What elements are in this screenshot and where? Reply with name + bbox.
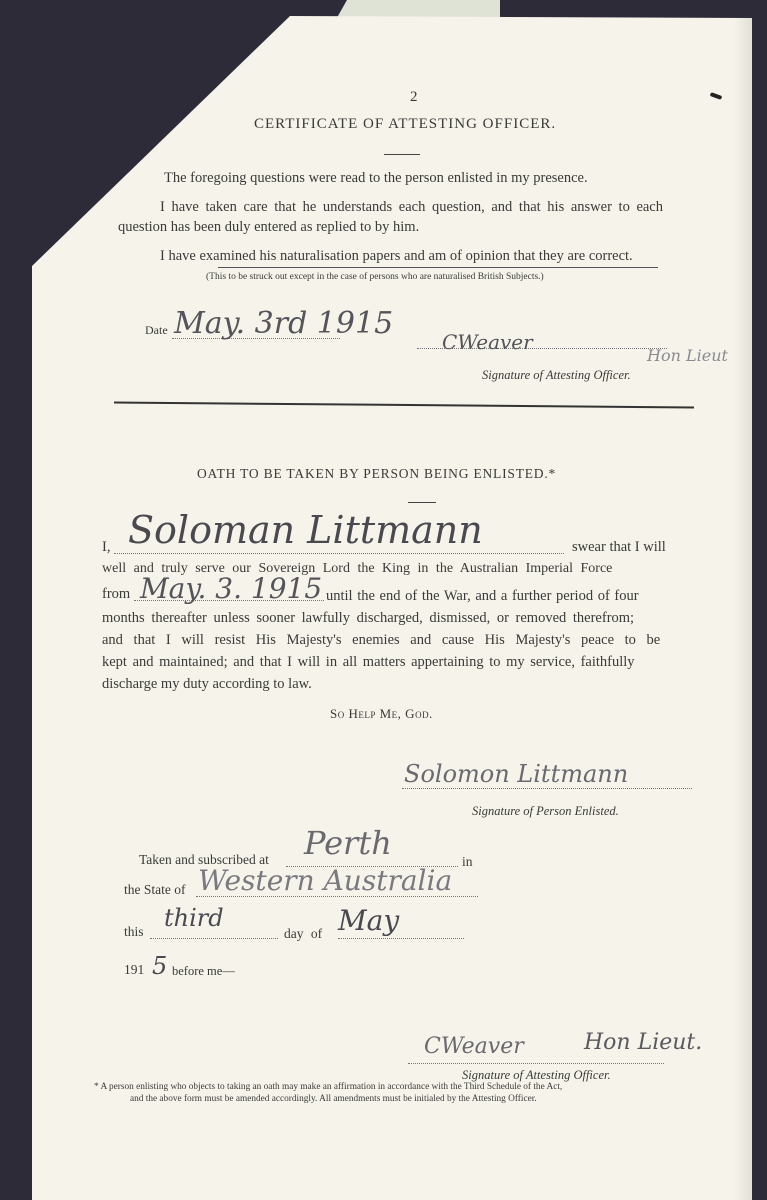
cert-para-3: I have examined his naturalisation paper…: [160, 248, 633, 265]
oath-closing: So Help Me, God.: [330, 706, 433, 722]
naturalisation-note: (This to be struck out except in the cas…: [206, 272, 544, 282]
enlistee-signature: Solomon Littmann: [404, 760, 628, 788]
enlistee-signature-caption: Signature of Person Enlisted.: [472, 804, 619, 819]
footnote-line-1: * A person enlisting who objects to taki…: [94, 1082, 562, 1092]
oath-line-4: months thereafter unless sooner lawfully…: [102, 610, 634, 627]
date-label: Date: [145, 323, 168, 338]
oath-line-7: discharge my duty according to law.: [102, 676, 312, 693]
cert-para-2-line-1: I have taken care that he understands ea…: [160, 199, 663, 216]
day-of-label: day of: [284, 926, 322, 942]
punch-mark: [710, 92, 723, 100]
month-field-line: [338, 938, 464, 939]
state-value: Western Australia: [198, 864, 452, 897]
place-value: Perth: [304, 824, 392, 862]
cert-para-1: The foregoing questions were read to the…: [164, 170, 588, 187]
oath-title-rule: [408, 502, 436, 503]
officer-rank: Hon Lieut: [647, 346, 728, 365]
date-value: May. 3rd 1915: [174, 306, 393, 341]
strike-line: [218, 267, 658, 268]
final-officer-signature-caption: Signature of Attesting Officer.: [462, 1068, 611, 1083]
cert-para-2-line-2: question has been duly entered as replie…: [118, 219, 419, 236]
section-divider: [114, 401, 694, 408]
final-officer-signature: CWeaver: [424, 1034, 524, 1059]
year-prefix: 191: [124, 962, 144, 978]
oath-from-label: from: [102, 586, 130, 603]
oath-line-6: kept and maintained; and that I will in …: [102, 654, 635, 671]
oath-i-label: I,: [102, 539, 110, 556]
oath-title: OATH TO BE TAKEN BY PERSON BEING ENLISTE…: [197, 466, 556, 482]
name-field-line: [114, 553, 564, 554]
oath-line-5: and that I will resist His Majesty's ene…: [102, 632, 660, 649]
title-rule: [384, 154, 420, 155]
page-number: 2: [410, 89, 418, 106]
footnote-line-2: and the above form must be amended accor…: [130, 1094, 537, 1104]
enlistee-signature-line: [402, 788, 692, 789]
oath-line-1-tail: swear that I will: [572, 539, 666, 556]
day-field-line: [150, 938, 278, 939]
day-value: third: [164, 904, 224, 932]
final-officer-rank: Hon Lieut.: [584, 1030, 702, 1055]
year-digit-value: 5: [152, 952, 167, 980]
officer-signature-caption: Signature of Attesting Officer.: [482, 368, 631, 383]
oath-line-3-tail: until the end of the War, and a further …: [326, 588, 639, 605]
final-officer-signature-line: [408, 1063, 664, 1064]
before-me-label: before me—: [172, 964, 235, 979]
month-value: May: [338, 904, 399, 937]
officer-signature: CWeaver: [442, 330, 533, 354]
document-page: 2 CERTIFICATE OF ATTESTING OFFICER. The …: [32, 16, 752, 1200]
this-label: this: [124, 924, 144, 940]
state-label: the State of: [124, 882, 185, 898]
in-label: in: [462, 854, 473, 870]
from-date-value: May. 3. 1915: [140, 572, 322, 605]
certificate-title: CERTIFICATE OF ATTESTING OFFICER.: [254, 116, 556, 133]
enlistee-name-value: Soloman Littmann: [128, 508, 483, 552]
